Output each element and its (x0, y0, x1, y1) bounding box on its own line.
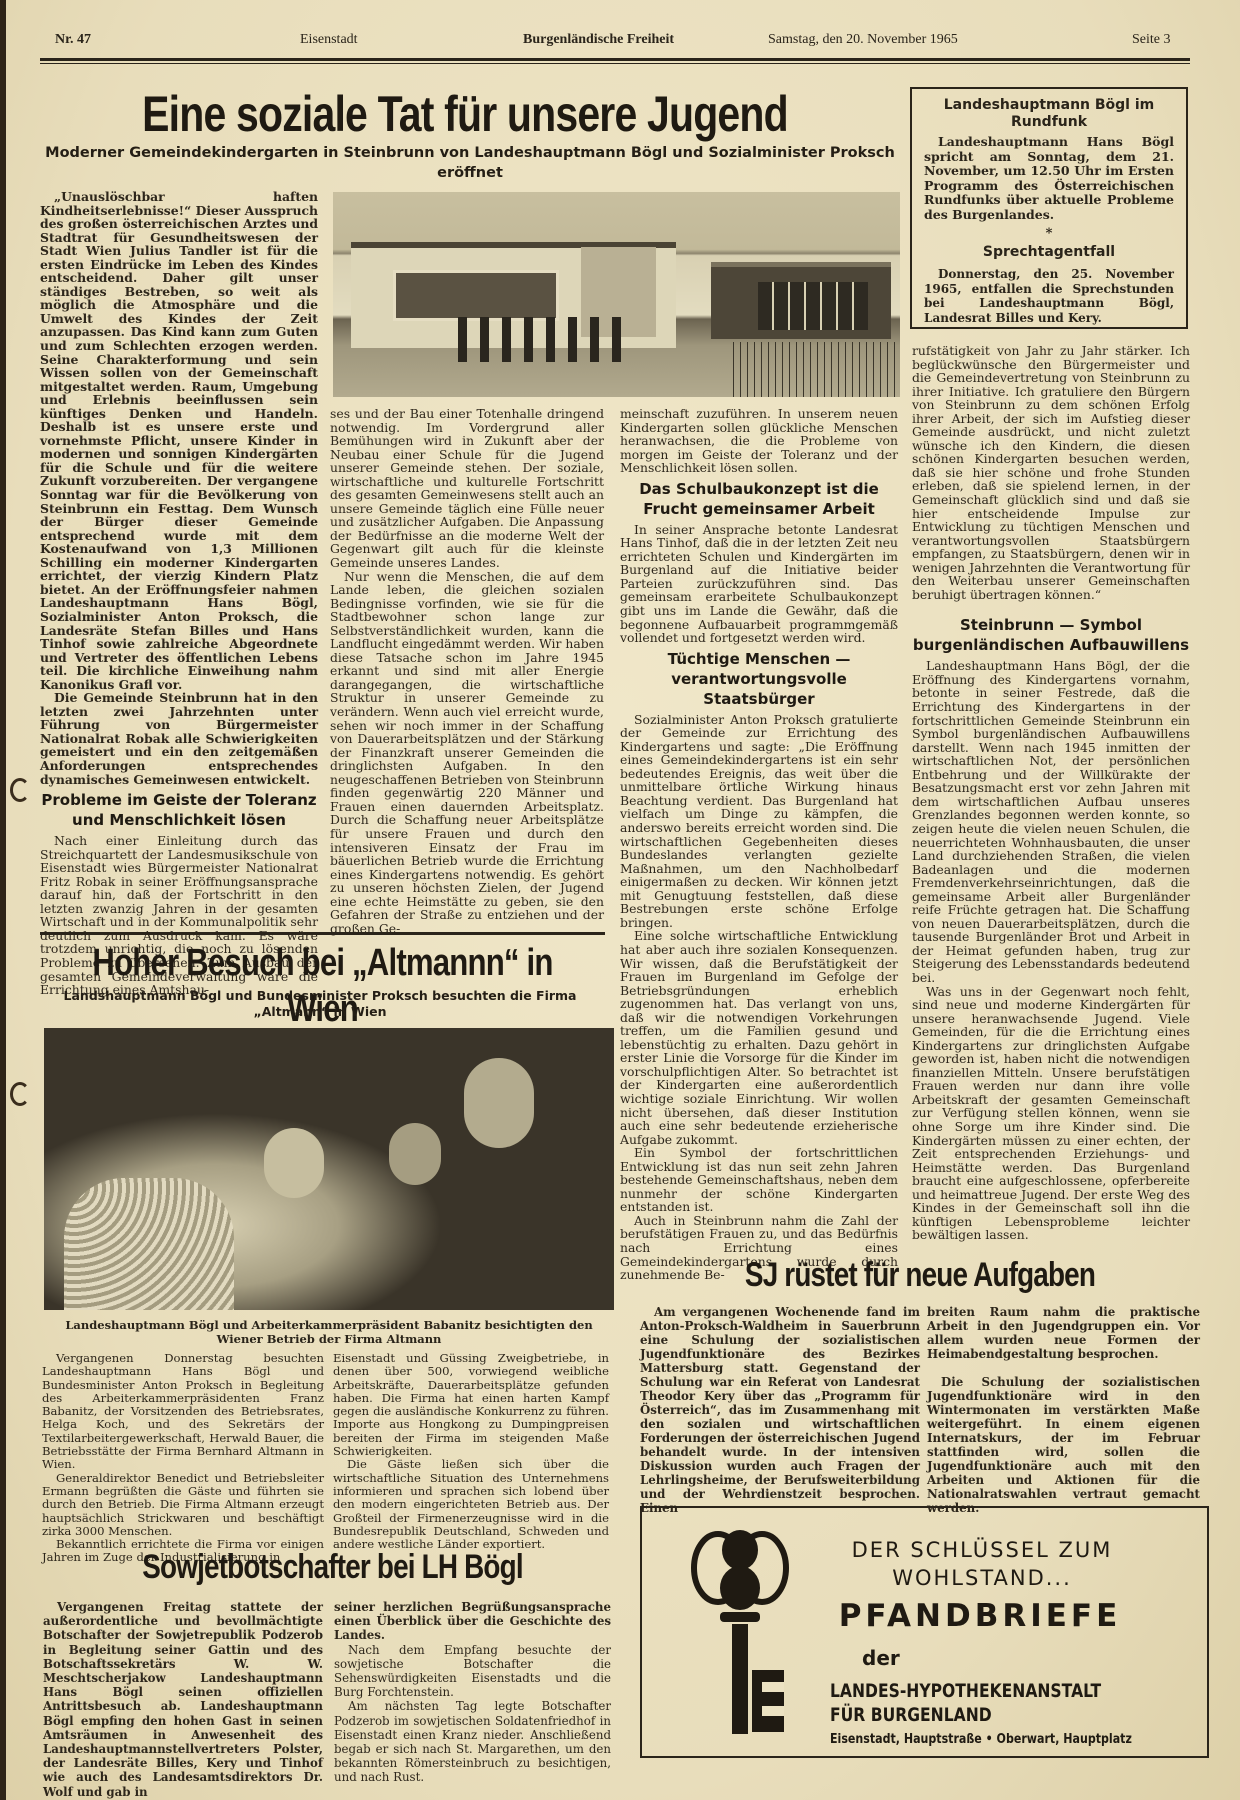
paragraph: Am vergangenen Wochenende fand im Anton-… (640, 1305, 920, 1515)
fence (733, 342, 900, 397)
ad-addresses: Eisenstadt, Hauptstraße • Oberwart, Haup… (830, 1732, 1132, 1747)
advertisement: DER SCHLÜSSEL ZUM WOHLSTAND... PFANDBRIE… (640, 1506, 1209, 1758)
sj-column-1: Am vergangenen Wochenende fand im Anton-… (640, 1305, 920, 1515)
ad-tagline: DER SCHLÜSSEL ZUM (832, 1538, 1132, 1562)
paragraph: breiten Raum nahm die praktische Arbeit … (927, 1305, 1200, 1361)
paragraph: Vergangenen Donnerstag besuchten Landesh… (42, 1352, 324, 1472)
ad-product: PFANDBRIEFE (830, 1598, 1130, 1634)
paragraph: Was uns in der Gegenwart noch fehlt, sin… (912, 985, 1190, 1242)
ad-connector: der (862, 1646, 900, 1670)
place: Eisenstadt (300, 32, 358, 48)
paragraph: Eine solche wirtschaftliche Entwicklung … (620, 929, 898, 1146)
paragraph: Ein Symbol der fortschrittlichen Entwick… (620, 1146, 898, 1214)
newspaper-page: Nr. 47 Eisenstadt Burgenländische Freihe… (0, 0, 1240, 1800)
info-box: Landeshauptmann Bögl im Rundfunk Landesh… (910, 87, 1188, 329)
paragraph: Vergangenen Freitag stattete der außeror… (43, 1600, 323, 1799)
paragraph: Die Gemeinde Steinbrunn hat in den letzt… (40, 691, 318, 786)
main-article-column-1: „Unauslöschbar haften Kindheitserlebniss… (40, 190, 318, 997)
patterned-dress (64, 1178, 234, 1310)
main-article-column-4: rufstätigkeit von Jahr zu Jahr stärker. … (912, 344, 1190, 1242)
paragraph: Die Schulung der sozialistischen Jugendf… (927, 1375, 1200, 1515)
people-group (458, 317, 628, 362)
issue-number: Nr. 47 (55, 32, 91, 48)
info-box-title: Landeshauptmann Bögl im Rundfunk (920, 97, 1178, 131)
info-box-title: Sprechtagentfall (920, 244, 1178, 260)
paragraph: In seiner Ansprache betonte Landesrat Ha… (620, 523, 898, 645)
photo-caption: Landeshauptmann Bögl und Arbeiterkammerp… (44, 1318, 614, 1346)
paragraph: Die Gäste ließen sich über die wirtschaf… (333, 1458, 609, 1551)
paragraph: seiner herzlichen Begrüßungsansprache ei… (334, 1600, 611, 1643)
issue-date: Samstag, den 20. November 1965 (768, 32, 958, 48)
paragraph: Sozialminister Anton Proksch gratulierte… (620, 713, 898, 930)
section-heading: Steinbrunn — Symbol burgenländischen Auf… (912, 615, 1190, 655)
page-number: Seite 3 (1132, 32, 1171, 48)
altmann-column-2: Eisenstadt und Güssing Zweigbetriebe, in… (333, 1352, 609, 1551)
soviet-column-2: seiner herzlichen Begrüßungsansprache ei… (334, 1600, 611, 1785)
newspaper-name: Burgenländische Freiheit (523, 32, 674, 48)
main-headline: Eine soziale Tat für unsere Jugend (117, 85, 814, 143)
paragraph: ses und der Bau einer Totenhalle dringen… (330, 407, 604, 570)
header-rule (40, 63, 1190, 64)
soviet-column-1: Vergangenen Freitag stattete der außeror… (43, 1600, 323, 1799)
paragraph: Generaldirektor Benedict und Betriebslei… (42, 1472, 324, 1538)
paragraph: Nur wenn die Menschen, die auf dem Lande… (330, 570, 604, 936)
punch-hole-icon (10, 1082, 30, 1106)
main-article-column-3: meinschaft zuzuführen. In unserem neuen … (620, 407, 898, 1282)
section-heading: Das Schulbaukonzept ist die Frucht gemei… (620, 479, 898, 519)
face (389, 1123, 441, 1185)
punch-hole-icon (10, 778, 30, 802)
section-divider (40, 932, 605, 935)
info-box-text: Donnerstag, den 25. November 1965, entfa… (924, 267, 1174, 325)
paragraph: Am nächsten Tag legte Botschafter Podzer… (334, 1699, 611, 1784)
paragraph: rufstätigkeit von Jahr zu Jahr stärker. … (912, 344, 1190, 601)
altmann-photo (44, 1028, 614, 1310)
ad-company-name: LANDES-HYPOTHEKENANSTALT (830, 1680, 1101, 1702)
building-glass-front (758, 282, 868, 330)
building-window (393, 270, 559, 321)
paragraph: meinschaft zuzuführen. In unserem neuen … (620, 407, 898, 475)
ad-tagline: WOHLSTAND... (832, 1566, 1132, 1590)
header-rule (40, 58, 1190, 61)
section-heading: Probleme im Geiste der Toleranz und Mens… (40, 790, 318, 830)
soviet-headline: Sowjetbotschafter bei LH Bögl (93, 1547, 573, 1587)
kindergarten-photo (333, 192, 900, 397)
altmann-subheadline: Landshauptmann Bögl und Bundesminister P… (60, 988, 580, 1020)
sj-headline: SJ rüstet für neue Aufgaben (690, 1255, 1149, 1295)
main-article-column-2: ses und der Bau einer Totenhalle dringen… (330, 407, 604, 935)
face (464, 1058, 534, 1148)
info-box-text: Landeshauptmann Hans Bögl spricht am Son… (924, 135, 1174, 222)
paragraph: Nach dem Empfang besuchte der sowjetisch… (334, 1643, 611, 1700)
page-edge (0, 0, 6, 1800)
sj-column-2: breiten Raum nahm die praktische Arbeit … (927, 1305, 1200, 1515)
key-icon (690, 1520, 790, 1742)
main-subheadline: Moderner Gemeindekindergarten in Steinbr… (40, 143, 900, 183)
face (264, 1128, 324, 1198)
paragraph: „Unauslöschbar haften Kindheitserlebniss… (40, 190, 318, 691)
separator-asterisk: * (912, 226, 1186, 241)
paragraph: Eisenstadt und Güssing Zweigbetriebe, in… (333, 1352, 609, 1458)
page-header: Nr. 47 Eisenstadt Burgenländische Freihe… (55, 32, 1185, 52)
section-heading: Tüchtige Menschen — verantwortungsvolle … (620, 649, 898, 709)
paragraph: Landeshauptmann Hans Bögl, der die Eröff… (912, 659, 1190, 984)
ad-company-region: FÜR BURGENLAND (830, 1704, 992, 1726)
altmann-column-1: Vergangenen Donnerstag besuchten Landesh… (42, 1352, 324, 1565)
